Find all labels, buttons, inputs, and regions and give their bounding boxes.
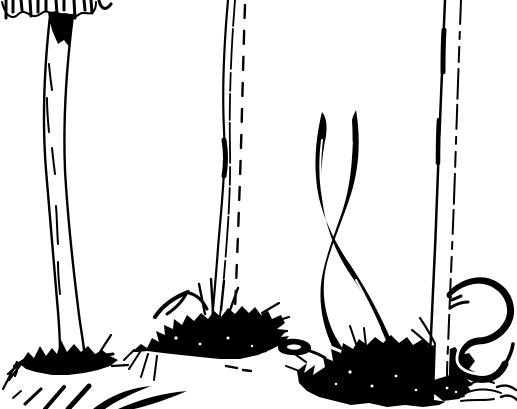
illustration-canvas (0, 0, 517, 409)
plant-4-stem-right-edge (447, 0, 461, 391)
plant-2-stem-blotch (224, 140, 226, 176)
hatch-stroke (45, 387, 64, 409)
plant-2-dashed-line (234, 5, 245, 332)
plant-2-below-dashes (226, 366, 251, 371)
hatch-stroke (25, 389, 41, 404)
hatch-stroke (68, 386, 89, 409)
plant-2 (124, 0, 289, 380)
curled-leaf-tip (505, 344, 513, 364)
plant-1-stem-left-edge (44, 16, 60, 352)
clod-speckle (455, 391, 457, 393)
plant-1-stem-right-edge (64, 15, 84, 350)
plant-4-stem-blotch-lower (438, 120, 439, 163)
mound-speckle (395, 375, 398, 378)
clod-speckle (446, 387, 449, 390)
clod-tail (310, 351, 325, 358)
illustration-page (0, 0, 517, 409)
plant-3 (315, 110, 398, 354)
plant-3-leaf-right (320, 110, 358, 351)
plant-1-head-hook (99, 1, 111, 8)
plant-4-stem-blotch-upper (443, 30, 444, 72)
mound-speckle (348, 370, 351, 373)
hatch-stroke (13, 391, 21, 398)
curled-leaf-start-mark (450, 296, 468, 308)
mound-speckle (199, 343, 202, 346)
clod-loop-highlight (287, 344, 301, 349)
mound-speckle (415, 389, 418, 392)
plant-2-bent-leaf (155, 292, 188, 317)
mound-speckle (174, 336, 177, 339)
mound-speckle (227, 337, 230, 340)
grass-blade (3, 362, 22, 389)
mound-speckle (251, 345, 253, 347)
mound-speckle (335, 383, 337, 385)
plant-1 (2, 0, 128, 376)
mound-speckle (371, 385, 374, 388)
plant-2-base-blades (199, 279, 238, 314)
